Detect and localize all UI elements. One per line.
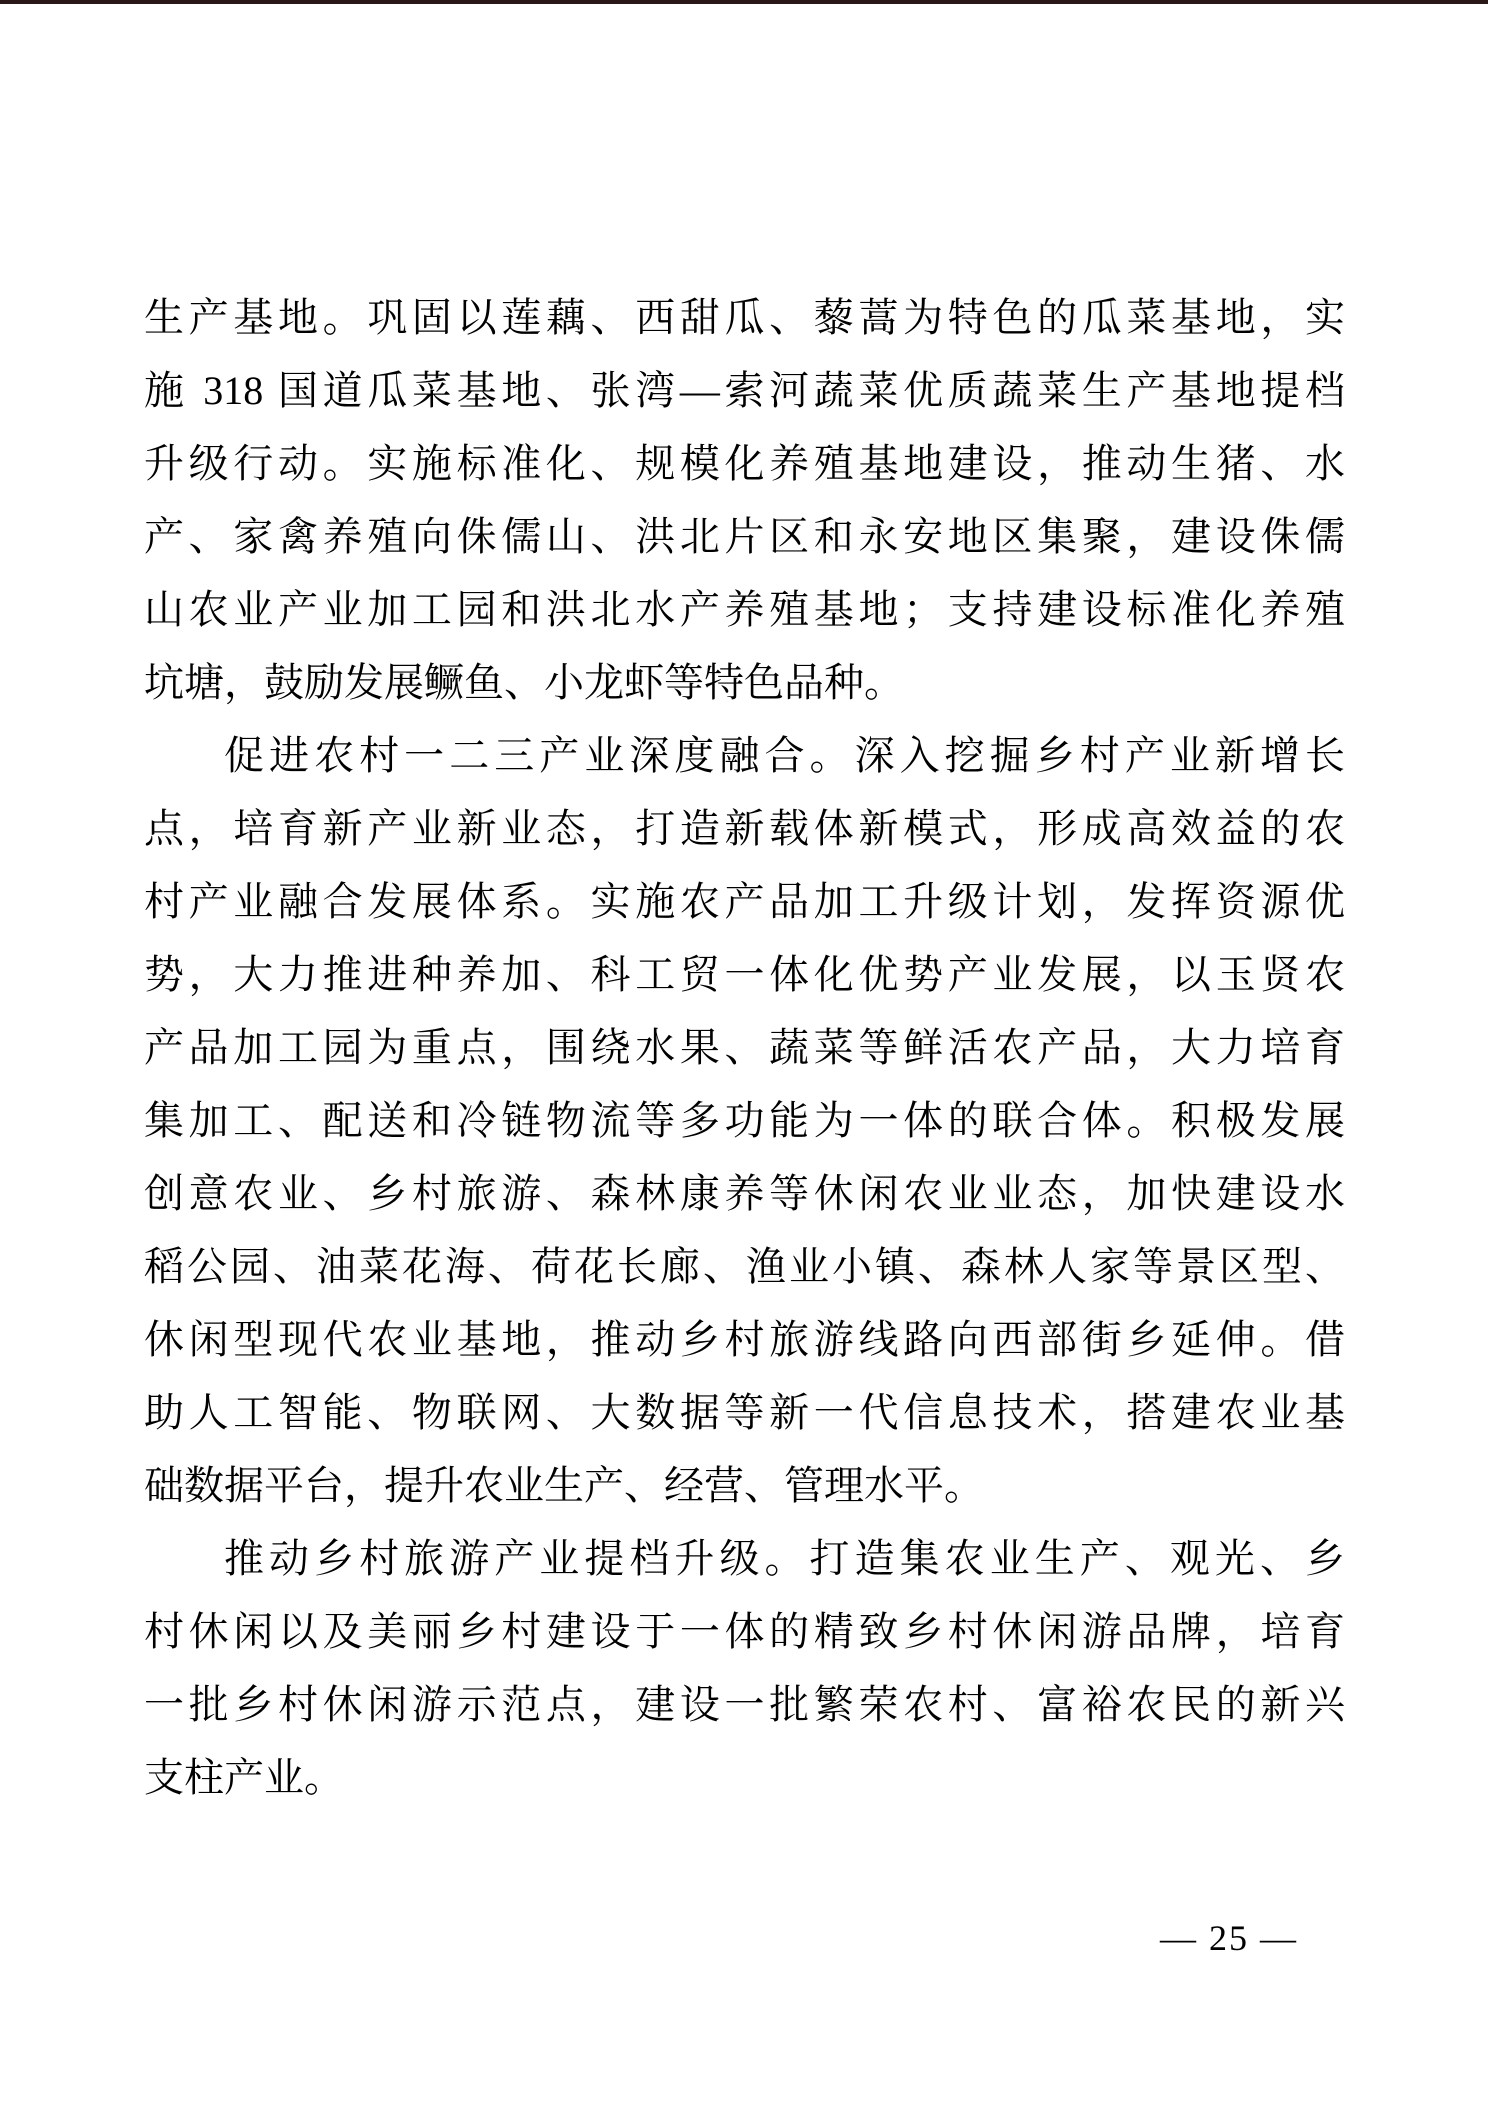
text-line: 础数据平台，提升农业生产、经营、管理水平。 [144, 1449, 1345, 1522]
text-line: 休闲型现代农业基地，推动乡村旅游线路向西部街乡延伸。借 [144, 1303, 1345, 1376]
text-line: 山农业产业加工园和洪北水产养殖基地；支持建设标准化养殖 [144, 573, 1345, 646]
text-line: 支柱产业。 [144, 1741, 1345, 1814]
text-line: 助人工智能、物联网、大数据等新一代信息技术，搭建农业基 [144, 1376, 1345, 1449]
text-line: 产品加工园为重点，围绕水果、蔬菜等鲜活农产品，大力培育 [144, 1011, 1345, 1084]
document-body: 生产基地。巩固以莲藕、西甜瓜、藜蒿为特色的瓜菜基地，实施 318 国道瓜菜基地、… [144, 281, 1345, 1814]
text-line: 村休闲以及美丽乡村建设于一体的精致乡村休闲游品牌，培育 [144, 1595, 1345, 1668]
text-line: 一批乡村休闲游示范点，建设一批繁荣农村、富裕农民的新兴 [144, 1668, 1345, 1741]
top-edge-bar [0, 0, 1488, 4]
text-line: 村产业融合发展体系。实施农产品加工升级计划，发挥资源优 [144, 865, 1345, 938]
text-line: 点，培育新产业新业态，打造新载体新模式，形成高效益的农 [144, 792, 1345, 865]
text-line: 创意农业、乡村旅游、森林康养等休闲农业业态，加快建设水 [144, 1157, 1345, 1230]
text-line: 促进农村一二三产业深度融合。深入挖掘乡村产业新增长 [144, 719, 1345, 792]
page-number: — 25 — [1160, 1916, 1298, 1960]
text-line: 集加工、配送和冷链物流等多功能为一体的联合体。积极发展 [144, 1084, 1345, 1157]
text-line: 稻公园、油菜花海、荷花长廊、渔业小镇、森林人家等景区型、 [144, 1230, 1345, 1303]
text-line: 势，大力推进种养加、科工贸一体化优势产业发展，以玉贤农 [144, 938, 1345, 1011]
text-line: 产、家禽养殖向侏儒山、洪北片区和永安地区集聚，建设侏儒 [144, 500, 1345, 573]
text-line: 推动乡村旅游产业提档升级。打造集农业生产、观光、乡 [144, 1522, 1345, 1595]
text-line: 升级行动。实施标准化、规模化养殖基地建设，推动生猪、水 [144, 427, 1345, 500]
text-line: 坑塘，鼓励发展鳜鱼、小龙虾等特色品种。 [144, 646, 1345, 719]
text-line: 施 318 国道瓜菜基地、张湾—索河蔬菜优质蔬菜生产基地提档 [144, 354, 1345, 427]
text-line: 生产基地。巩固以莲藕、西甜瓜、藜蒿为特色的瓜菜基地，实 [144, 281, 1345, 354]
